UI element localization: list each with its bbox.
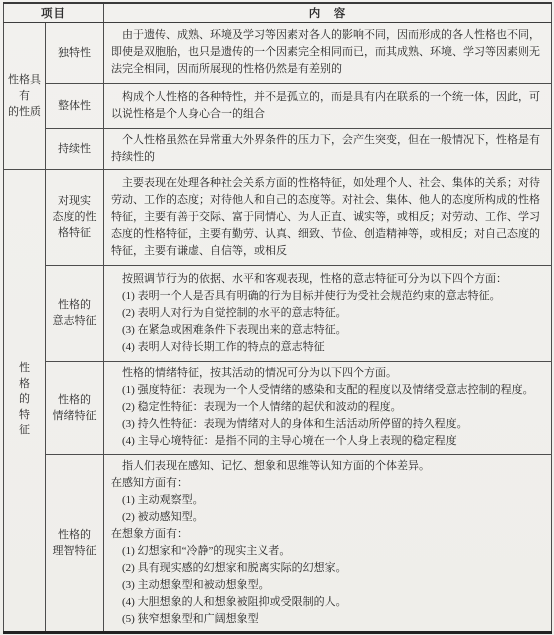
content-line: 性格的情绪特征，按其活动的情况可分为以下四个方面。 [111,365,545,382]
personality-table: 项目 内 容 性格具有 的性质 独特性 由于遗传、成熟、环境及学习等因素对各人的… [3,2,552,634]
row-label-emotion-traits: 性格的 情绪特征 [46,361,104,454]
content-line: (3) 在紧急或困难条件下表现出来的意志特征。 [111,322,545,339]
header-content-cell: 内 容 [104,3,552,22]
content-line: (3) 主动想象型和被动想象型。 [111,577,545,594]
row-content-uniqueness: 由于遗传、成熟、环境及学习等因素对各人的影响不同，因而形成的各人性格也不同，即使… [104,22,552,83]
content-line: (2) 表明人对行为自觉控制的水平的意志特征。 [111,305,545,322]
content-line: 按照调节行为的依据、水平和客观表现，性格的意志特征可分为以下四个方面： [111,271,545,288]
table-row: 持续性 个人性格虽然在异常重大外界条件的压力下，会产生突变，但在一般情况下，性格… [4,128,552,169]
content-line: (1) 幻想家和“冷静”的现实主义者。 [111,543,545,560]
row-label-uniqueness: 独特性 [46,22,104,83]
content-line: (4) 表明人对待长期工作的特点的意志特征 [111,339,545,356]
row-content-continuity: 个人性格虽然在异常重大外界条件的压力下，会产生突变，但在一般情况下，性格是有持续… [104,128,552,169]
table-row: 性 格 的 特 征 对现实 态度的性 格特征 主要表现在处理各种社会关系方面的性… [4,169,552,265]
row-label-intellect-traits: 性格的 理智特征 [46,454,104,632]
content-line: 在想象方面有： [111,526,545,543]
content-line: (2) 被动感知型。 [111,509,545,526]
content-line: 指人们表现在感知、记忆、想象和思维等认知方面的个体差异。 [111,458,545,475]
table-row: 整体性 构成个人性格的各种特性，并不是孤立的，而是具有内在联系的一个统一体，因此… [4,83,552,128]
scanned-page: 项目 内 容 性格具有 的性质 独特性 由于遗传、成熟、环境及学习等因素对各人的… [0,0,554,635]
content-line: (3) 持久性特征：表现为情绪对人的身体和生活活动所停留的持久程度。 [111,416,545,433]
content-line: (5) 狭窄想象型和广阔想象型 [111,611,545,628]
table-header-row: 项目 内 容 [4,3,552,22]
table-row: 性格具有 的性质 独特性 由于遗传、成熟、环境及学习等因素对各人的影响不同，因而… [4,22,552,83]
table-row: 性格的 意志特征 按照调节行为的依据、水平和客观表现，性格的意志特征可分为以下四… [4,265,552,361]
group-cell-nature: 性格具有 的性质 [4,22,46,169]
content-line: (1) 表明一个人是否具有明确的行为目标并使行为受社会规范约束的意志特征。 [111,288,545,305]
row-label-wholeness: 整体性 [46,83,104,128]
row-content-wholeness: 构成个人性格的各种特性，并不是孤立的，而是具有内在联系的一个统一体，因此，可以说… [104,83,552,128]
content-line: (4) 主导心境特征：是指不同的主导心境在一个人身上表现的稳定程度 [111,433,545,450]
row-label-attitude-traits: 对现实 态度的性 格特征 [46,169,104,265]
row-content-intellect-traits: 指人们表现在感知、记忆、想象和思维等认知方面的个体差异。在感知方面有： (1) … [104,454,552,632]
row-label-will-traits: 性格的 意志特征 [46,265,104,361]
content-line: (4) 大胆想象的人和想象被阻抑或受限制的人。 [111,594,545,611]
row-content-emotion-traits: 性格的情绪特征，按其活动的情况可分为以下四个方面。 (1) 强度特征：表现为一个… [104,361,552,454]
table-row: 性格的 情绪特征 性格的情绪特征，按其活动的情况可分为以下四个方面。 (1) 强… [4,361,552,454]
content-line: (1) 主动观察型。 [111,492,545,509]
content-line: (2) 具有现实感的幻想家和脱离实际的幻想家。 [111,560,545,577]
content-line: 构成个人性格的各种特性，并不是孤立的，而是具有内在联系的一个统一体，因此，可以说… [111,89,545,123]
row-content-will-traits: 按照调节行为的依据、水平和客观表现，性格的意志特征可分为以下四个方面： (1) … [104,265,552,361]
table-row: 性格的 理智特征 指人们表现在感知、记忆、想象和思维等认知方面的个体差异。在感知… [4,454,552,632]
content-line: (2) 稳定性特征：表现为一个人情绪的起伏和波动的程度。 [111,399,545,416]
content-line: 由于遗传、成熟、环境及学习等因素对各人的影响不同，因而形成的各人性格也不同，即使… [111,27,545,78]
content-line: 在感知方面有： [111,475,545,492]
content-line: 主要表现在处理各种社会关系方面的性格特征，如处理个人、社会、集体的关系；对待劳动… [111,175,545,260]
group-cell-traits: 性 格 的 特 征 [4,169,46,632]
row-label-continuity: 持续性 [46,128,104,169]
row-content-attitude-traits: 主要表现在处理各种社会关系方面的性格特征，如处理个人、社会、集体的关系；对待劳动… [104,169,552,265]
header-item-cell: 项目 [4,3,104,22]
content-line: 个人性格虽然在异常重大外界条件的压力下，会产生突变，但在一般情况下，性格是有持续… [111,132,545,166]
content-line: (1) 强度特征：表现为一个人受情绪的感染和支配的程度以及情绪受意志控制的程度。 [111,382,545,399]
